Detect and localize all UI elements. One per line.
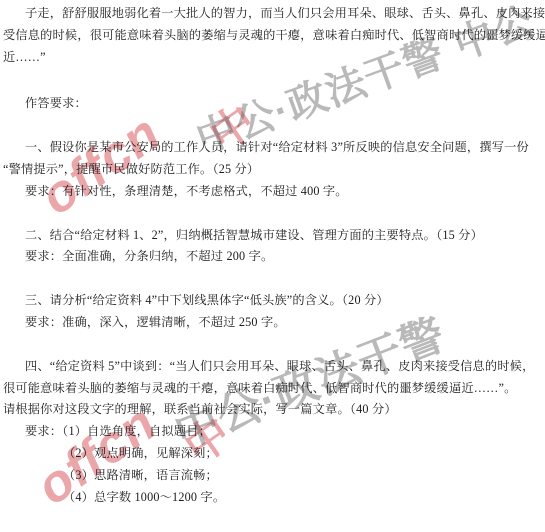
line-answer-requirements-heading: 作答要求：: [3, 93, 545, 115]
line-question4-requirement-2: （2）观点明确，见解深刻；: [3, 443, 545, 465]
document-body: 子走，舒舒服服地弱化着一大批人的智力，而当人们只会用耳朵、眼球、舌头、鼻孔、皮肉…: [0, 0, 545, 508]
line-intro-1: 子走，舒舒服服地弱化着一大批人的智力，而当人们只会用耳朵、眼球、舌头、鼻孔、皮肉…: [3, 3, 545, 25]
line-question3: 三、请分析“给定资料 4”中下划线黑体字“低头族”的含义。（20 分）: [3, 290, 545, 312]
line-intro-2: 受信息的时候，很可能意味着头脑的萎缩与灵魂的干瘪，意味着白痴时代、低智商时代的噩…: [3, 25, 545, 47]
line-question4-3: 请根据你对这段文字的理解，联系当前社会实际，写一篇文章。（40 分）: [3, 399, 545, 421]
line-question1-2: “警情提示”，提醒市民做好防范工作。（25 分）: [3, 159, 545, 181]
line-question1-requirement: 要求：有针对性，条理清楚，不考虑格式，不超过 400 字。: [3, 181, 545, 203]
line-question4-requirement-4: （4）总字数 1000～1200 字。: [3, 487, 545, 509]
scanned-exam-page: offcn 中 中公·政法干警中公 offcn 中 中公·政法干警 子走，舒舒服…: [0, 0, 545, 532]
line-question4-requirement-3: （3）思路清晰，语言流畅；: [3, 465, 545, 487]
line-question3-requirement: 要求：准确，深入，逻辑清晰，不超过 250 字。: [3, 312, 545, 334]
line-question4-2: 很可能意味着头脑的萎缩与灵魂的干瘪，意味着白痴时代、低智商时代的噩梦缓缓逼近………: [3, 378, 545, 400]
line-question2: 二、结合“给定材料 1、2”，归纳概括智慧城市建设、管理方面的主要特点。（15 …: [3, 225, 545, 247]
line-question2-requirement: 要求：全面准确，分条归纳，不超过 200 字。: [3, 246, 545, 268]
line-question1-1: 一、假设你是某市公安局的工作人员，请针对“给定材料 3”所反映的信息安全问题，撰…: [3, 137, 545, 159]
line-intro-3: 近……”: [3, 47, 545, 69]
line-question4-requirement-1: 要求：（1）自选角度，自拟题目；: [3, 421, 545, 443]
line-question4-1: 四、“给定资料 5”中谈到：“当人们只会用耳朵、眼球、舌头、鼻孔、皮肉来接受信息…: [3, 356, 545, 378]
